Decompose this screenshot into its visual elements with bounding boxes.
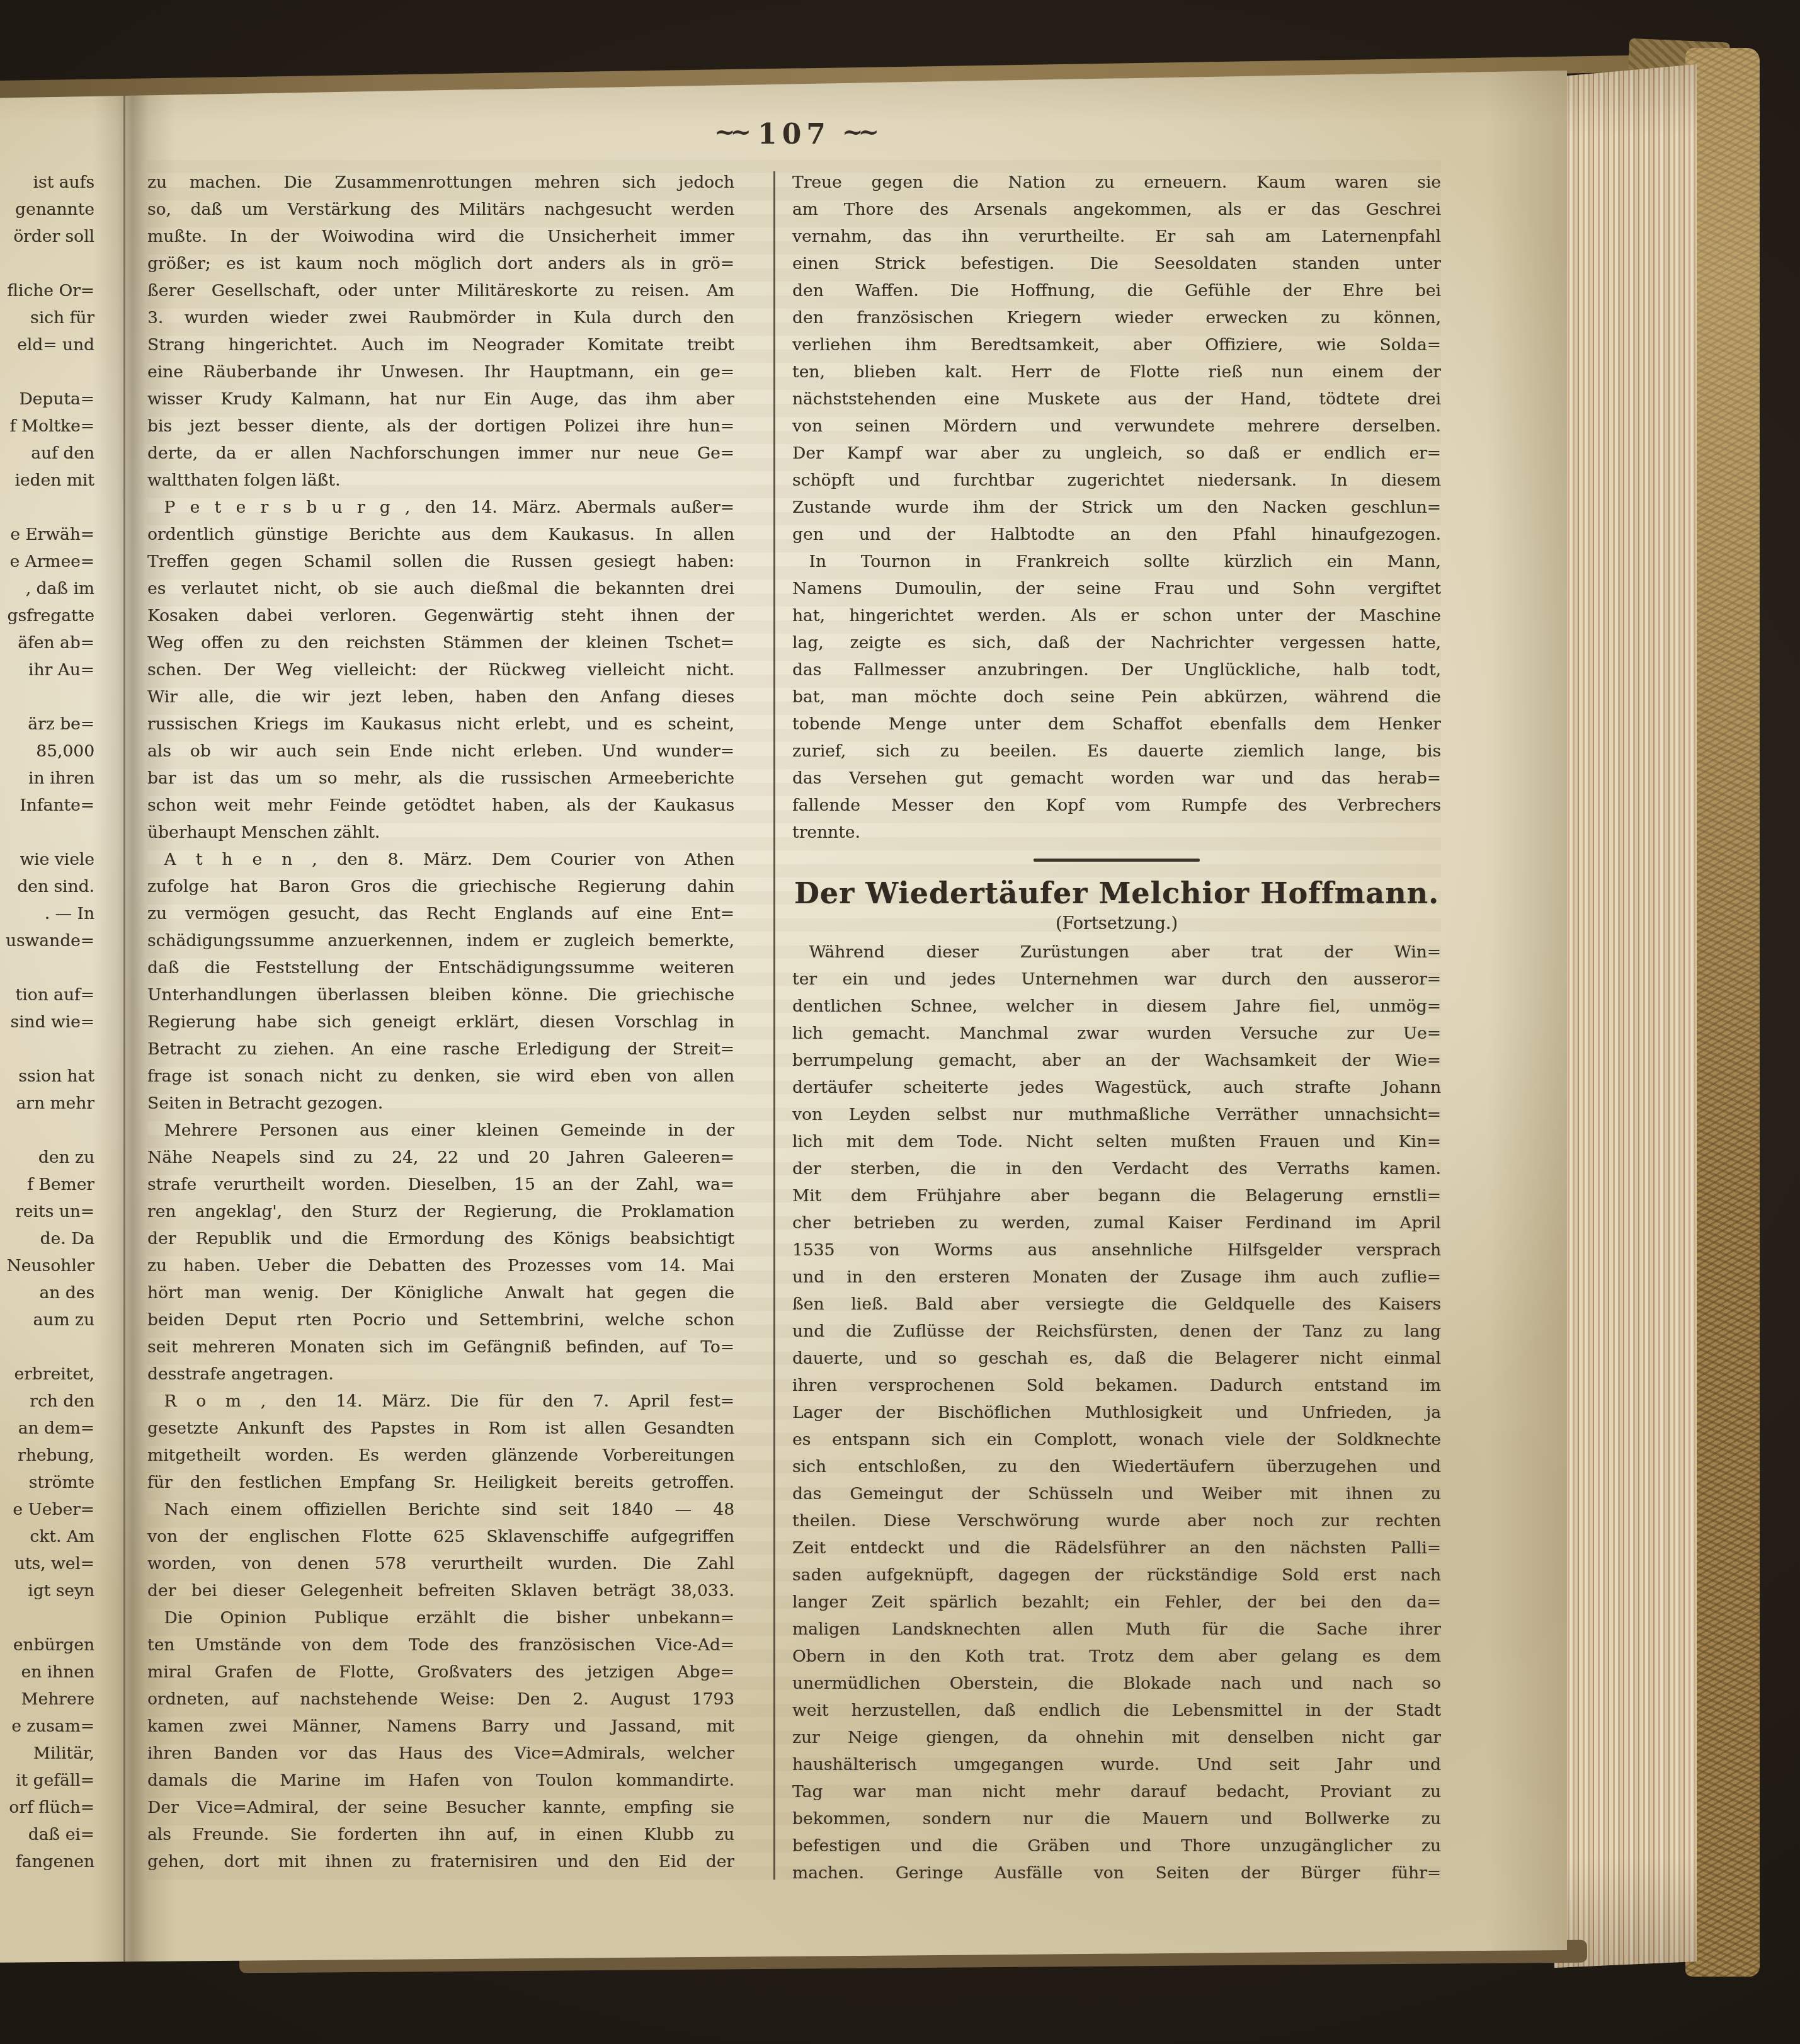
left-margin-column: ist aufsgenannteörder sollfliche Or=sich… (1, 169, 94, 1875)
text-line: cher betrieben zu werden, zumal Kaiser F… (792, 1209, 1441, 1236)
text-line: Die Opinion Publique erzählt die bisher … (147, 1604, 734, 1631)
text-line: f Bemer (1, 1171, 94, 1198)
text-line: e Erwäh= (1, 521, 94, 548)
text-line: orf flüch= (1, 1794, 94, 1821)
text-line: de. Da (1, 1225, 94, 1252)
text-line: den zu (1, 1144, 94, 1171)
text-line: Während dieser Zurüstungen aber trat der… (792, 939, 1441, 966)
text-line: zur Neige giengen, da ohnehin mit densel… (792, 1724, 1441, 1751)
text-line: enbürgen (1, 1631, 94, 1659)
photo-background: ~~107~~ ist aufsgenannteörder sollfliche… (0, 0, 1800, 2044)
text-line: mußte. In der Woiwodina wird die Unsiche… (147, 223, 734, 250)
text-line: Weg offen zu den reichsten Stämmen der k… (147, 629, 734, 656)
text-line: am Thore des Arsenals angekommen, als er… (792, 196, 1441, 223)
text-line: den Waffen. Die Hoffnung, die Gefühle de… (792, 277, 1441, 304)
right-text-column: Treue gegen die Nation zu erneuern. Kaum… (792, 169, 1441, 1887)
text-line: Der Vice=Admiral, der seine Besucher kan… (147, 1794, 734, 1821)
text-line: eld= und (1, 331, 94, 358)
gutter-crease-line (123, 66, 125, 1963)
text-line: Zeit entdeckt und die Rädelsführer an de… (792, 1534, 1441, 1562)
text-line: Strang hingerichtet. Auch im Neograder K… (147, 331, 734, 358)
article-body-section: Während dieser Zurüstungen aber trat der… (792, 939, 1441, 1887)
text-line: ieden mit (1, 467, 94, 494)
text-line: dauerte, und so geschah es, daß die Bela… (792, 1345, 1441, 1372)
text-line: strafe verurtheilt worden. Dieselben, 15… (147, 1171, 734, 1198)
text-line: Namens Dumoulin, der seine Frau und Sohn… (792, 575, 1441, 602)
text-line: ten Umstände von dem Tode des französisc… (147, 1631, 734, 1659)
page-number-ornament-left: ~~ (703, 117, 758, 147)
text-line: verliehen ihm Beredtsamkeit, aber Offizi… (792, 331, 1441, 358)
text-line: zurief, sich zu beeilen. Es dauerte ziem… (792, 738, 1441, 765)
text-line: arn mehr (1, 1090, 94, 1117)
text-line: 85,000 (1, 738, 94, 765)
text-line: sich für (1, 304, 94, 331)
text-line: In Tournon in Frankreich sollte kürzlich… (792, 548, 1441, 575)
text-line: , daß im (1, 575, 94, 602)
text-line: als Freunde. Sie forderten ihn auf, in e… (147, 1821, 734, 1848)
text-line: bekommen, sondern nur die Mauern und Bol… (792, 1805, 1441, 1832)
text-line: Deputa= (1, 385, 94, 413)
text-line: sind wie= (1, 1008, 94, 1036)
text-line: örder soll (1, 223, 94, 250)
text-line: genannte (1, 196, 94, 223)
text-line: an des (1, 1279, 94, 1306)
text-line: Tag war man nicht mehr darauf bedacht, P… (792, 1778, 1441, 1805)
text-line: Nähe Neapels sind zu 24, 22 und 20 Jahre… (147, 1144, 734, 1171)
text-line: russischen Kriegs im Kaukasus nicht erle… (147, 711, 734, 738)
newspaper-page: ~~107~~ ist aufsgenannteörder sollfliche… (0, 66, 1567, 1963)
text-line: Seiten in Betracht gezogen. (147, 1090, 734, 1117)
text-line: theilen. Diese Verschwörung wurde aber n… (792, 1507, 1441, 1534)
text-line: der bei dieser Gelegenheit befreiten Skl… (147, 1577, 734, 1604)
text-line: ihr Au= (1, 656, 94, 683)
text-line: en ihnen (1, 1659, 94, 1686)
text-line: ordentlich günstige Berichte aus dem Kau… (147, 521, 734, 548)
section-separator-rule (1034, 859, 1200, 862)
text-line: das Gemeingut der Schüsseln und Weiber m… (792, 1480, 1441, 1507)
text-line: Neusohler (1, 1252, 94, 1279)
text-line: Unterhandlungen überlassen bleiben könne… (147, 981, 734, 1008)
text-line: gen und der Halbtodte an den Pfahl hinau… (792, 521, 1441, 548)
text-line: seit mehreren Monaten sich im Gefängniß … (147, 1333, 734, 1361)
text-line: e Ueber= (1, 1496, 94, 1523)
article-title: Der Wiedertäufer Melchior Hoffmann. (792, 873, 1441, 913)
text-line: gehen, dort mit ihnen zu fraternisiren u… (147, 1848, 734, 1875)
text-line: der sterben, die in den Verdacht des Ver… (792, 1155, 1441, 1182)
text-line: ssion hat (1, 1063, 94, 1090)
text-line: Treffen gegen Schamil sollen die Russen … (147, 548, 734, 575)
text-line: ihren Banden vor das Haus des Vice=Admir… (147, 1740, 734, 1767)
text-line: ärz be= (1, 711, 94, 738)
text-line: langer Zeit spärlich bezahlt; ein Fehler… (792, 1589, 1441, 1616)
text-line: für den festlichen Empfang Sr. Heiligkei… (147, 1469, 734, 1496)
text-line: Nach einem offiziellen Berichte sind sei… (147, 1496, 734, 1523)
text-line: Betracht zu ziehen. An eine rasche Erled… (147, 1036, 734, 1063)
text-line: tobende Menge unter dem Schaffot ebenfal… (792, 711, 1441, 738)
text-line: Lager der Bischöflichen Muthlosigkeit un… (792, 1399, 1441, 1426)
text-line: schädigungssumme anzuerkennen, indem er … (147, 927, 734, 954)
text-line: uts, wel= (1, 1550, 94, 1577)
text-line: worden, von denen 578 verurtheilt wurden… (147, 1550, 734, 1577)
right-column-top-section: Treue gegen die Nation zu erneuern. Kaum… (792, 169, 1441, 846)
page-number-row: ~~107~~ (147, 118, 1441, 151)
text-line: vernahm, das ihn verurtheilte. Er sah am… (792, 223, 1441, 250)
text-line: Mit dem Frühjahre aber begann die Belage… (792, 1182, 1441, 1209)
text-line: und in den ersteren Monaten der Zusage i… (792, 1264, 1441, 1291)
text-line: A t h e n , den 8. März. Dem Courier von… (147, 846, 734, 873)
text-line: hört man wenig. Der Königliche Anwalt ha… (147, 1279, 734, 1306)
text-line: auf den (1, 440, 94, 467)
text-line: schen. Der Weg vielleicht: der Rückweg v… (147, 656, 734, 683)
text-line: einen Strick befestigen. Die Seesoldaten… (792, 250, 1441, 277)
text-line: lag, zeigte es sich, daß der Nachrichter… (792, 629, 1441, 656)
text-line: f Moltke= (1, 413, 94, 440)
text-line: in ihren (1, 765, 94, 792)
text-line: als ob wir auch sein Ende nicht erleben.… (147, 738, 734, 765)
text-line: fallende Messer den Kopf vom Rumpfe des … (792, 792, 1441, 819)
text-line: 1535 von Worms aus ansehnliche Hilfsgeld… (792, 1236, 1441, 1264)
text-line: kamen zwei Männer, Namens Barry und Jass… (147, 1713, 734, 1740)
text-line: Kosaken dabei verloren. Gegenwärtig steh… (147, 602, 734, 629)
text-line: e Armee= (1, 548, 94, 575)
text-line: . — In (1, 900, 94, 927)
text-line: größer; es ist kaum noch möglich dort an… (147, 250, 734, 277)
text-line: derte, da er allen Nachforschungen immer… (147, 440, 734, 467)
column-divider-rule (773, 171, 775, 1880)
text-line: den sind. (1, 873, 94, 900)
text-line: dertäufer scheiterte jedes Wagestück, au… (792, 1074, 1441, 1101)
text-line: beiden Deput rten Pocrio und Settembrini… (147, 1306, 734, 1333)
text-line: ihren versprochenen Sold bekamen. Dadurc… (792, 1372, 1441, 1399)
text-line: zufolge hat Baron Gros die griechische R… (147, 873, 734, 900)
text-line: eine Räuberbande ihr Unwesen. Ihr Hauptm… (147, 358, 734, 385)
text-line: den französischen Kriegern wieder erweck… (792, 304, 1441, 331)
text-line: Mehrere (1, 1686, 94, 1713)
text-line: miral Grafen de Flotte, Großvaters des j… (147, 1659, 734, 1686)
text-line: aum zu (1, 1306, 94, 1333)
text-line (1, 819, 94, 846)
text-line: und die Zuflüsse der Reichsfürsten, dene… (792, 1318, 1441, 1345)
text-line: haushälterisch umgegangen wurde. Und sei… (792, 1751, 1441, 1778)
text-line: waltthaten folgen läßt. (147, 467, 734, 494)
text-line (1, 1036, 94, 1063)
text-line: dentlichen Schnee, welcher in diesem Jah… (792, 993, 1441, 1020)
text-line: uswande= (1, 927, 94, 954)
text-line: bar ist das um so mehr, als die russisch… (147, 765, 734, 792)
text-line: erbreitet, (1, 1361, 94, 1388)
text-line: von der englischen Flotte 625 Sklavensch… (147, 1523, 734, 1550)
text-line: so, daß um Verstärkung des Militärs nach… (147, 196, 734, 223)
text-line: ßen ließ. Bald aber versiegte die Geldqu… (792, 1291, 1441, 1318)
text-line: es verlautet nicht, ob sie auch dießmal … (147, 575, 734, 602)
text-line: von Leyden selbst nur muthmaßliche Verrä… (792, 1101, 1441, 1128)
text-line: der Republik und die Ermordung des König… (147, 1225, 734, 1252)
text-line: weit herzustellen, daß endlich die Leben… (792, 1697, 1441, 1724)
text-line: ckt. Am (1, 1523, 94, 1550)
text-line (1, 250, 94, 277)
left-text-column: zu machen. Die Zusammenrottungen mehren … (147, 169, 734, 1875)
text-line: von seinen Mördern und verwundete mehrer… (792, 413, 1441, 440)
text-line: machen. Geringe Ausfälle von Seiten der … (792, 1859, 1441, 1887)
text-line: Zustande wurde ihm der Strick um den Nac… (792, 494, 1441, 521)
text-line: rch den (1, 1388, 94, 1415)
text-line: damals die Marine im Hafen von Toulon ko… (147, 1767, 734, 1794)
text-line: gsfregatte (1, 602, 94, 629)
text-line: ordneten, auf nachstehende Weise: Den 2.… (147, 1686, 734, 1713)
text-line: trennte. (792, 819, 1441, 846)
text-line: gesetzte Ankunft des Papstes in Rom ist … (147, 1415, 734, 1442)
text-line: das Versehen gut gemacht worden war und … (792, 765, 1441, 792)
text-line: maligen Landsknechten allen Muth für die… (792, 1616, 1441, 1643)
text-line: wie viele (1, 846, 94, 873)
text-line: bat, man möchte doch seine Pein abkürzen… (792, 683, 1441, 711)
text-line: Regierung habe sich geneigt erklärt, die… (147, 1008, 734, 1036)
text-line (1, 683, 94, 711)
book-fore-edge-pages (1554, 60, 1697, 1970)
text-line: schöpft und furchtbar zugerichtet nieder… (792, 467, 1441, 494)
text-line: zu vermögen gesucht, das Recht Englands … (147, 900, 734, 927)
text-line: tion auf= (1, 981, 94, 1008)
text-line: an dem= (1, 1415, 94, 1442)
text-line: P e t e r s b u r g , den 14. März. Aber… (147, 494, 734, 521)
text-line: frage ist sonach nicht zu denken, sie wi… (147, 1063, 734, 1090)
text-line: ßerer Gesellschaft, oder unter Militäres… (147, 277, 734, 304)
text-line: befestigen und die Gräben und Thore unzu… (792, 1832, 1441, 1859)
text-line: reits un= (1, 1198, 94, 1225)
text-line: desstrafe angetragen. (147, 1361, 734, 1388)
text-line: bis jezt besser diente, als der dortigen… (147, 413, 734, 440)
text-line: Wir alle, die wir jezt leben, haben den … (147, 683, 734, 711)
text-line: nächststehenden eine Muskete aus der Han… (792, 385, 1441, 413)
text-line: ten, blieben kalt. Herr de Flotte rieß n… (792, 358, 1441, 385)
text-line: schon weit mehr Feinde getödtet haben, a… (147, 792, 734, 819)
text-line: lich mit dem Tode. Nicht selten mußten F… (792, 1128, 1441, 1155)
text-line: 3. wurden wieder zwei Raubmörder in Kula… (147, 304, 734, 331)
text-line: äfen ab= (1, 629, 94, 656)
text-line: rhebung, (1, 1442, 94, 1469)
text-line: das Fallmesser anzubringen. Der Unglückl… (792, 656, 1441, 683)
text-line: R o m , den 14. März. Die für den 7. Apr… (147, 1388, 734, 1415)
text-line: sich entschloßen, zu den Wiedertäufern ü… (792, 1453, 1441, 1480)
text-line: Der Kampf war aber zu ungleich, so daß e… (792, 440, 1441, 467)
text-line: fliche Or= (1, 277, 94, 304)
text-line: es entspann sich ein Complott, wonach vi… (792, 1426, 1441, 1453)
text-line: daß die Feststellung der Entschädigungss… (147, 954, 734, 981)
page-number-ornament-right: ~~ (831, 117, 886, 147)
text-line: ist aufs (1, 169, 94, 196)
text-line (1, 954, 94, 981)
text-line (1, 1333, 94, 1361)
text-line: hat, hingerichtet werden. Als er schon u… (792, 602, 1441, 629)
text-line: daß ei= (1, 1821, 94, 1848)
text-line: igt seyn (1, 1577, 94, 1604)
text-line: fangenen (1, 1848, 94, 1875)
text-line: ren angeklag', den Sturz der Regierung, … (147, 1198, 734, 1225)
text-line: ter ein und jedes Unternehmen war durch … (792, 966, 1441, 993)
text-line (1, 494, 94, 521)
article-subtitle: (Fortsetzung.) (792, 913, 1441, 939)
text-line: lich gemacht. Manchmal zwar wurden Versu… (792, 1020, 1441, 1047)
text-line: it gefäll= (1, 1767, 94, 1794)
text-line: Militär, (1, 1740, 94, 1767)
page-number: 107 (758, 118, 831, 151)
text-line: berrumpelung gemacht, aber an der Wachsa… (792, 1047, 1441, 1074)
text-line: Obern in den Koth trat. Trotz dem aber g… (792, 1643, 1441, 1670)
text-line: zu haben. Ueber die Debatten des Prozess… (147, 1252, 734, 1279)
text-line: Mehrere Personen aus einer kleinen Gemei… (147, 1117, 734, 1144)
text-line: saden aufgeknüpft, dagegen der rückständ… (792, 1562, 1441, 1589)
text-line: strömte (1, 1469, 94, 1496)
text-line (1, 1117, 94, 1144)
text-line: zu machen. Die Zusammenrottungen mehren … (147, 169, 734, 196)
text-line (1, 358, 94, 385)
text-line: wisser Krudy Kalmann, hat nur Ein Auge, … (147, 385, 734, 413)
text-line (1, 1604, 94, 1631)
text-line: mitgetheilt worden. Es werden glänzende … (147, 1442, 734, 1469)
text-line: Treue gegen die Nation zu erneuern. Kaum… (792, 169, 1441, 196)
text-line: e zusam= (1, 1713, 94, 1740)
text-line: Infante= (1, 792, 94, 819)
text-line: überhaupt Menschen zählt. (147, 819, 734, 846)
text-line: unermüdlichen Oberstein, die Blokade nac… (792, 1670, 1441, 1697)
